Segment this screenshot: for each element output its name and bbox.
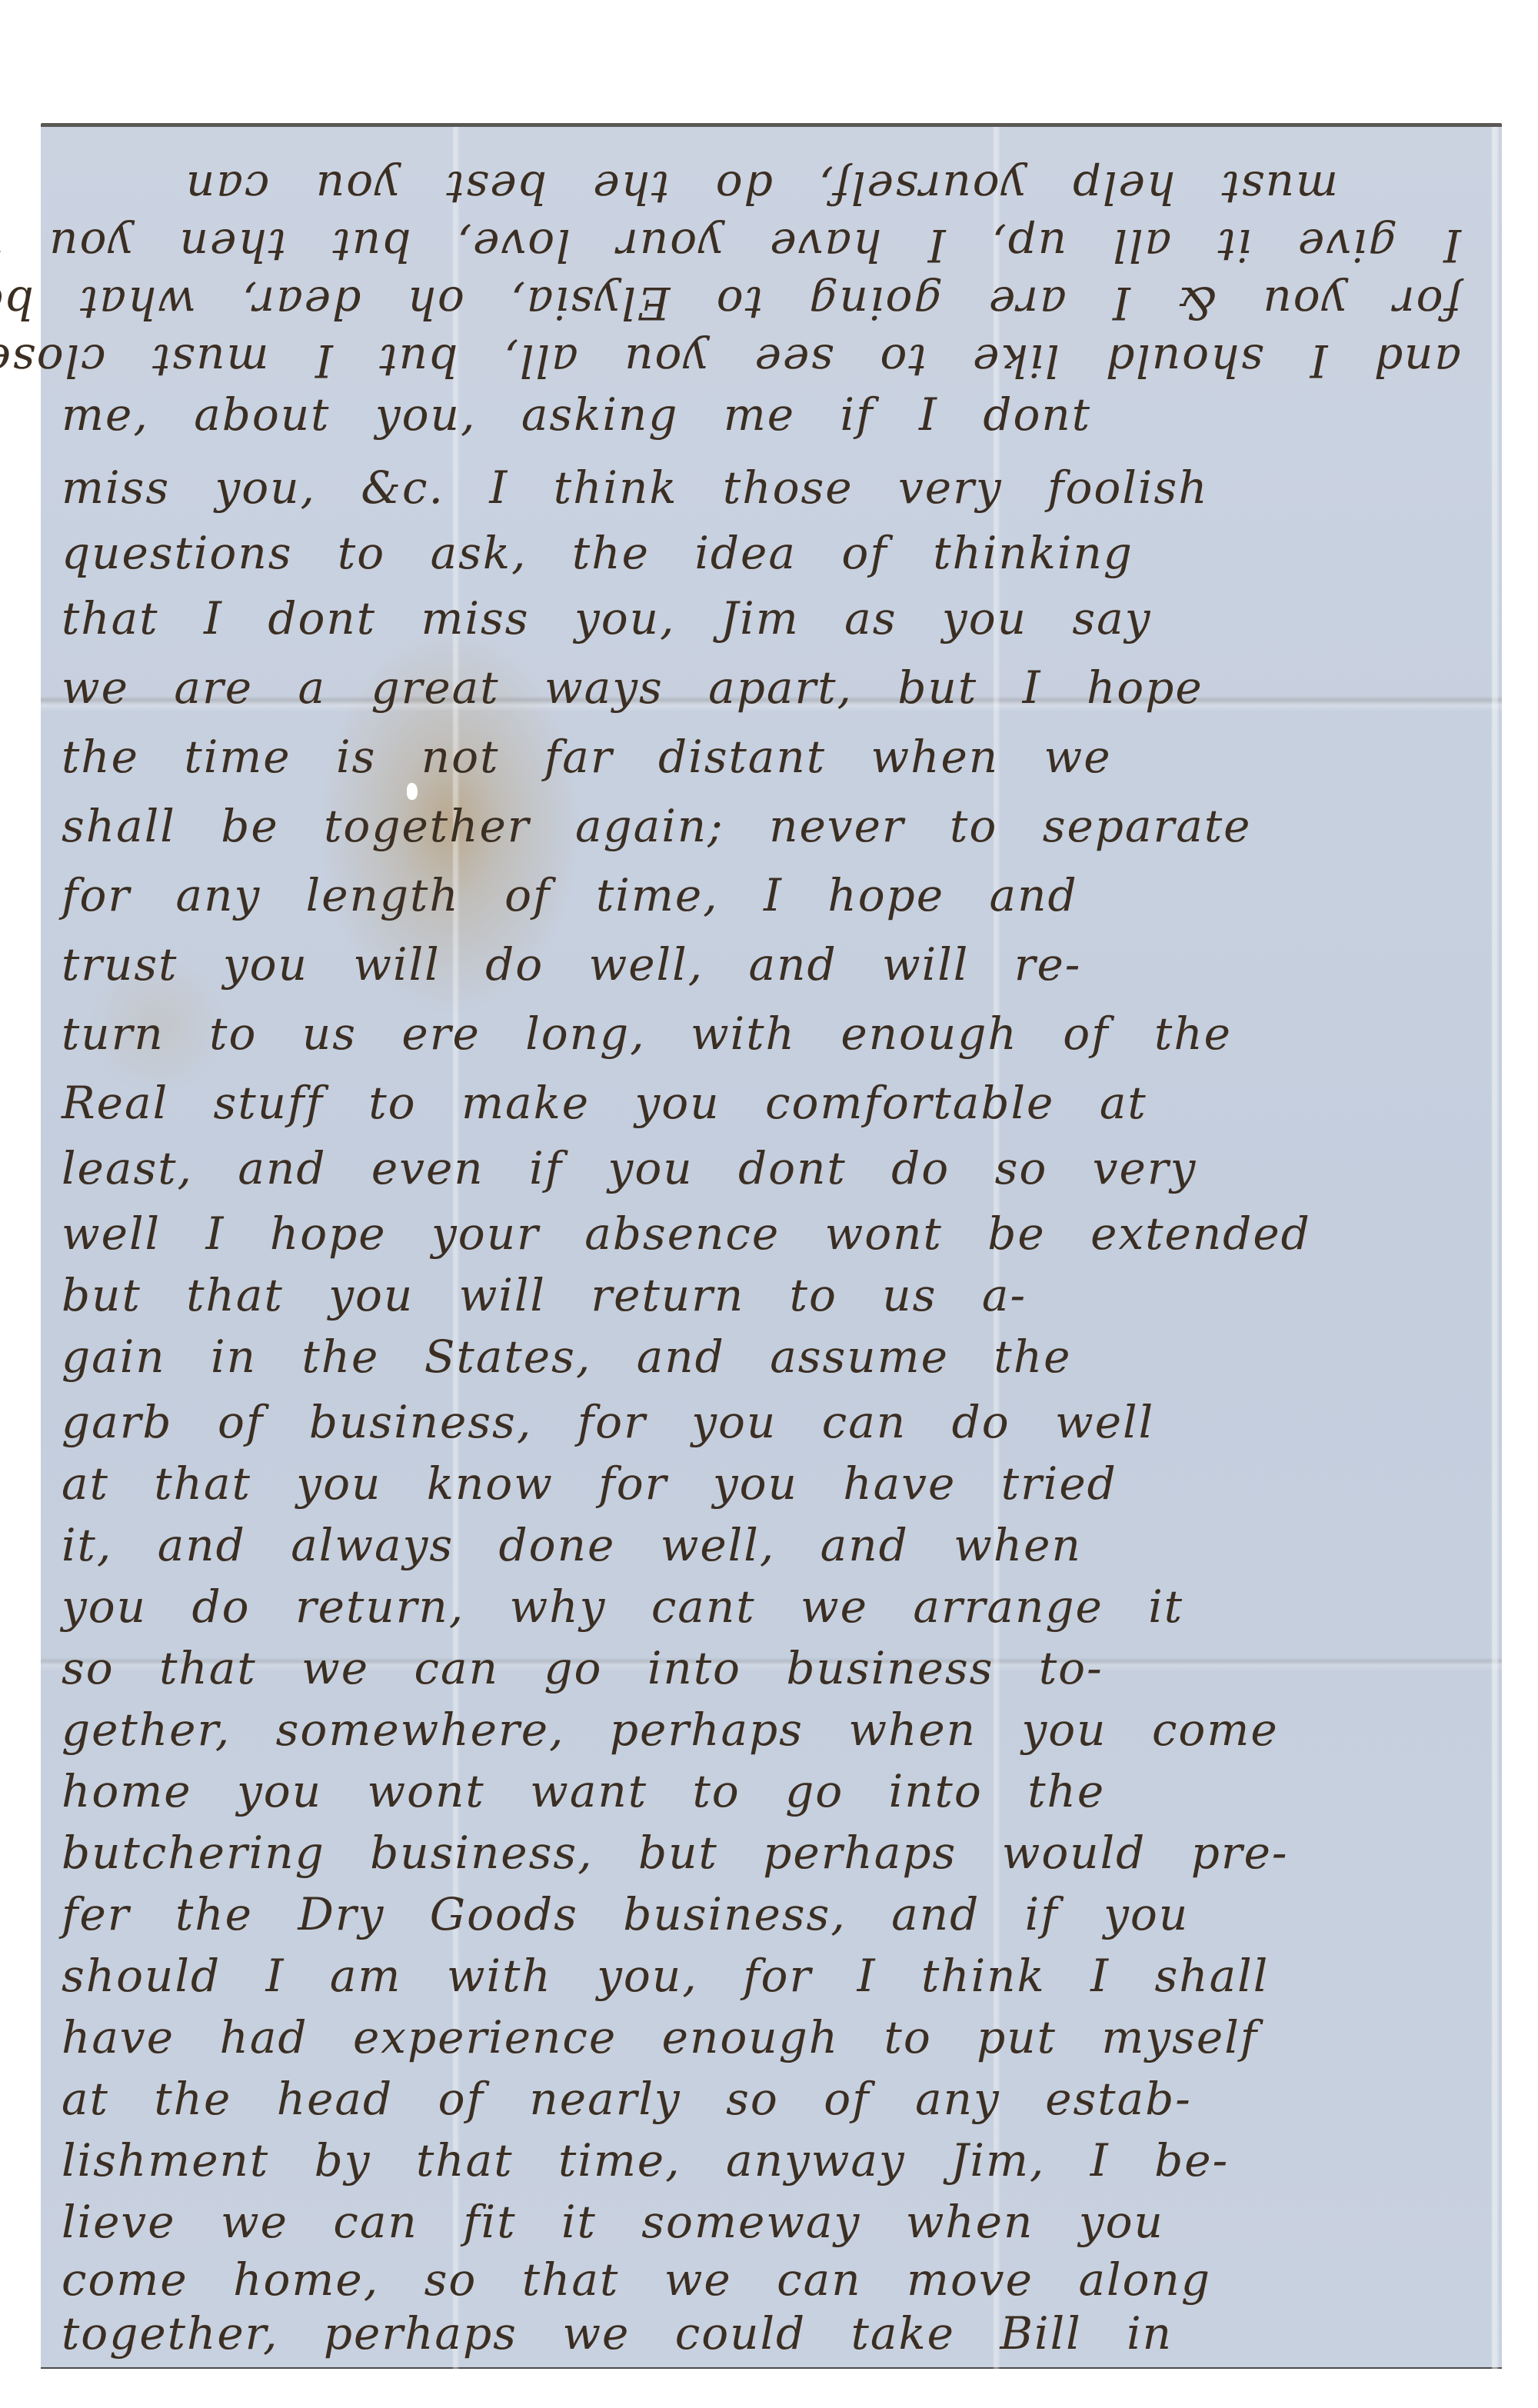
letter-line-14: but that you will return to us a- xyxy=(62,1273,1461,1317)
inverted-line-4: and I should like to see you all, but I … xyxy=(62,338,1461,383)
letter-line-23: butchering business, but perhaps would p… xyxy=(62,1830,1461,1875)
letter-line-3: questions to ask, the idea of thinking xyxy=(62,531,1461,575)
letter-line-8: for any length of time, I hope and xyxy=(62,873,1461,918)
letter-line-27: at the head of nearly so of any estab- xyxy=(62,2077,1461,2121)
inverted-line-3: for you & I are going to Elysia, oh dear… xyxy=(62,281,1461,325)
letter-line-18: it, and always done well, and when xyxy=(62,1523,1461,1567)
letter-line-2: miss you, &c. I think those very foolish xyxy=(62,465,1461,510)
letter-line-31: together, perhaps we could take Bill in xyxy=(62,2311,1461,2356)
letter-line-30: come home, so that we can move along xyxy=(62,2257,1461,2302)
letter-line-26: have had experience enough to put myself xyxy=(62,2015,1461,2060)
paper-hole-damage xyxy=(407,783,418,800)
letter-line-5: we are a great ways apart, but I hope xyxy=(62,665,1461,710)
letter-line-7: shall be together again; never to separa… xyxy=(62,804,1461,848)
letter-line-19: you do return, why cant we arrange it xyxy=(62,1584,1461,1629)
letter-line-11: Real stuff to make you comfortable at xyxy=(62,1081,1461,1125)
letter-line-10: turn to us ere long, with enough of the xyxy=(62,1011,1461,1056)
letter-line-21: gether, somewhere, perhaps when you come xyxy=(62,1707,1461,1752)
letter-line-6: the time is not far distant when we xyxy=(62,734,1461,779)
letter-line-20: so that we can go into business to- xyxy=(62,1646,1461,1690)
letter-line-12: least, and even if you dont do so very xyxy=(62,1146,1461,1191)
letter-line-15: gain in the States, and assume the xyxy=(62,1334,1461,1379)
letter-line-25: should I am with you, for I think I shal… xyxy=(62,1953,1461,1998)
inverted-line-2: I give it all up, I have your love, but … xyxy=(62,223,1461,268)
letter-line-9: trust you will do well, and will re- xyxy=(62,942,1461,987)
inverted-line-1: must help yourself, do the best you can xyxy=(62,165,1461,210)
letter-line-16: garb of business, for you can do well xyxy=(62,1400,1461,1444)
letter-line-4: that I dont miss you, Jim as you say xyxy=(62,596,1461,641)
letter-line-28: lishment by that time, anyway Jim, I be- xyxy=(62,2138,1461,2183)
letter-line-17: at that you know for you have tried xyxy=(62,1461,1461,1506)
letter-line-24: fer the Dry Goods business, and if you xyxy=(62,1892,1461,1937)
letter-line-29: lieve we can fit it someway when you xyxy=(62,2200,1461,2244)
letter-line-13: well I hope your absence wont be extende… xyxy=(62,1211,1461,1256)
letter-line-1: me, about you, asking me if I dont xyxy=(62,392,1461,437)
letter-line-22: home you wont want to go into the xyxy=(62,1769,1461,1813)
